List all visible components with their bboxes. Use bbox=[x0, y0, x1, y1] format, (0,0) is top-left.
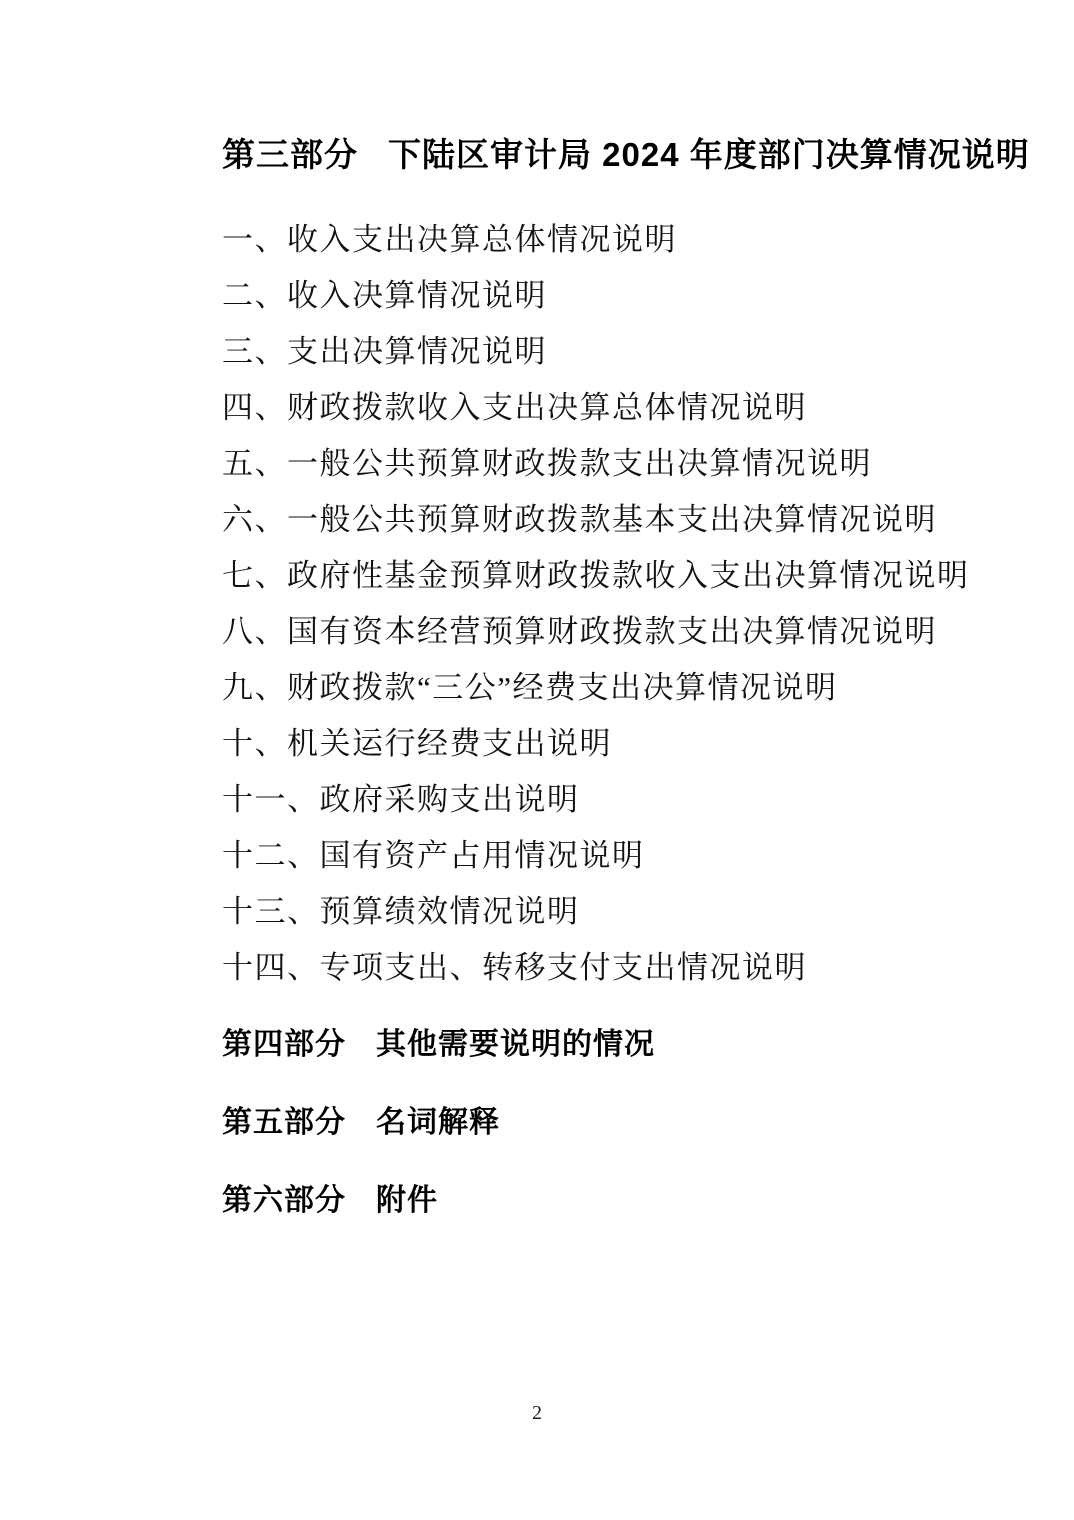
toc-item: 一、收入支出决算总体情况说明 bbox=[222, 212, 922, 268]
toc-item: 五、一般公共预算财政拨款支出决算情况说明 bbox=[222, 436, 922, 492]
section-heading-part4: 第四部分其他需要说明的情况 bbox=[222, 1024, 922, 1066]
section-text: 名词解释 bbox=[376, 1106, 500, 1139]
section-label: 第四部分 bbox=[222, 1028, 346, 1061]
toc-item: 十、机关运行经费支出说明 bbox=[222, 716, 922, 772]
page-content: 第三部分下陆区审计局 2024 年度部门决算情况说明 一、收入支出决算总体情况说… bbox=[222, 132, 922, 1222]
toc-item: 七、政府性基金预算财政拨款收入支出决算情况说明 bbox=[222, 548, 922, 604]
toc-item: 九、财政拨款“三公”经费支出决算情况说明 bbox=[222, 660, 922, 716]
section-text: 其他需要说明的情况 bbox=[376, 1028, 655, 1061]
toc-item: 十二、国有资产占用情况说明 bbox=[222, 828, 922, 884]
toc-list: 一、收入支出决算总体情况说明 二、收入决算情况说明 三、支出决算情况说明 四、财… bbox=[222, 212, 922, 996]
toc-item: 八、国有资本经营预算财政拨款支出决算情况说明 bbox=[222, 604, 922, 660]
toc-item: 十四、专项支出、转移支付支出情况说明 bbox=[222, 940, 922, 996]
section-heading-part6: 第六部分附件 bbox=[222, 1180, 922, 1222]
toc-item: 三、支出决算情况说明 bbox=[222, 324, 922, 380]
section-text: 附件 bbox=[376, 1184, 438, 1217]
toc-item: 十三、预算绩效情况说明 bbox=[222, 884, 922, 940]
doc-title-section-label: 第三部分 bbox=[222, 136, 358, 173]
toc-item: 四、财政拨款收入支出决算总体情况说明 bbox=[222, 380, 922, 436]
section-label: 第六部分 bbox=[222, 1184, 346, 1217]
section-label: 第五部分 bbox=[222, 1106, 346, 1139]
doc-title-text: 下陆区审计局 2024 年度部门决算情况说明 bbox=[388, 136, 1030, 173]
page-number: 2 bbox=[0, 1402, 1074, 1425]
section-heading-part5: 第五部分名词解释 bbox=[222, 1102, 922, 1144]
toc-item: 十一、政府采购支出说明 bbox=[222, 772, 922, 828]
doc-title: 第三部分下陆区审计局 2024 年度部门决算情况说明 bbox=[222, 132, 922, 177]
toc-item: 六、一般公共预算财政拨款基本支出决算情况说明 bbox=[222, 492, 922, 548]
document-page: 第三部分下陆区审计局 2024 年度部门决算情况说明 一、收入支出决算总体情况说… bbox=[0, 0, 1074, 1520]
toc-item: 二、收入决算情况说明 bbox=[222, 268, 922, 324]
